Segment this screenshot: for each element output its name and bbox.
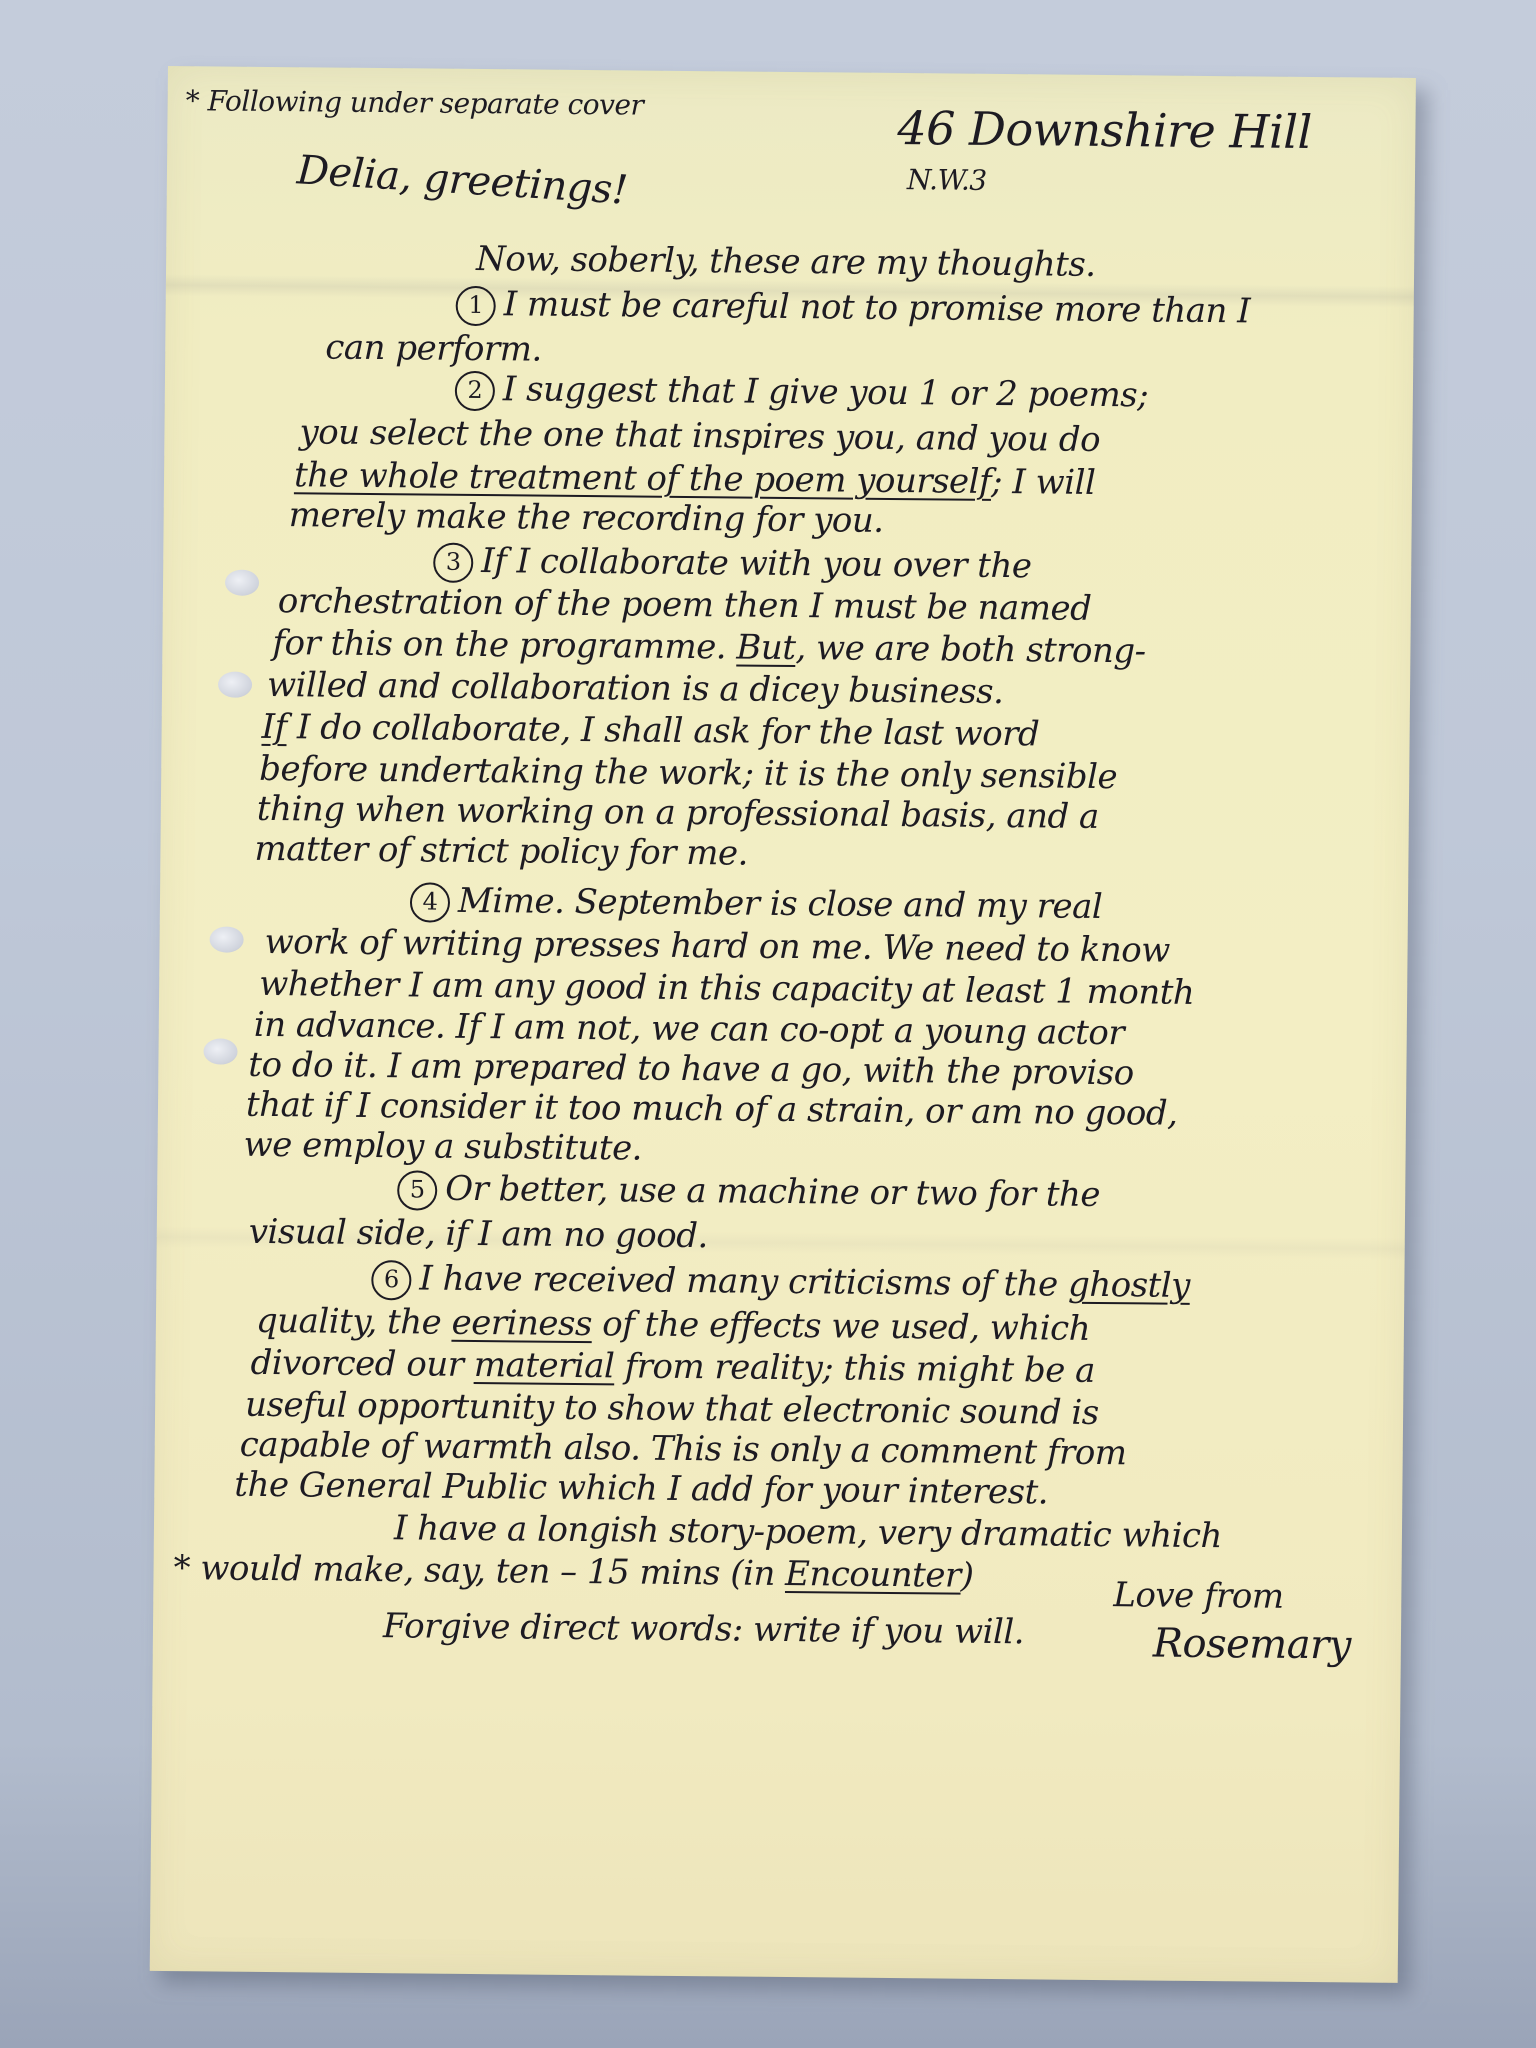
point-3-line-2: orchestration of the poem then I must be… <box>278 581 1092 629</box>
signature: Rosemary <box>1153 1621 1351 1669</box>
punch-hole <box>225 570 259 596</box>
underlined-word: But <box>736 627 795 668</box>
point-2-line-1: 2I suggest that I give you 1 or 2 poems; <box>455 369 1149 418</box>
final-line: Forgive direct words: write if you will. <box>383 1606 1024 1652</box>
asterisk-icon: * <box>186 84 200 117</box>
point-3-line-3: for this on the programme. But, we are b… <box>272 623 1146 671</box>
underlined-word: If <box>261 707 286 747</box>
asterisk-icon: * <box>173 1548 190 1588</box>
point-3-line-8: matter of strict policy for me. <box>254 829 748 874</box>
point-5-line-2: visual side, if I am no good. <box>249 1212 708 1256</box>
letter-page: * Following under separate cover 46 Down… <box>150 66 1416 1983</box>
punch-hole <box>218 672 252 698</box>
point-6-line-1: 6I have received many criticisms of the … <box>371 1258 1190 1308</box>
point-2-line-4: merely make the recording for you. <box>289 495 884 541</box>
underlined-word: material <box>474 1345 615 1386</box>
circled-number-5: 5 <box>397 1170 437 1210</box>
intro-line: Now, soberly, these are my thoughts. <box>476 239 1096 285</box>
address-line-2: N.W.3 <box>907 163 987 197</box>
circled-number-6: 6 <box>371 1260 411 1300</box>
circled-number-4: 4 <box>410 882 450 922</box>
address-line-1: 46 Downshire Hill <box>897 101 1312 159</box>
circled-number-3: 3 <box>433 543 473 583</box>
point-1-line-2: can perform. <box>325 328 542 370</box>
underlined-word: eeriness <box>451 1303 592 1344</box>
point-4-line-2: work of writing presses hard on me. We n… <box>264 922 1170 971</box>
underlined-phrase: the whole treatment of the poem yourself <box>294 455 991 502</box>
punch-hole <box>209 926 243 952</box>
point-2-line-2: you select the one that inspires you, an… <box>299 412 1100 460</box>
point-3-line-1: 3If I collaborate with you over the <box>433 541 1032 589</box>
point-6-line-2: quality, the eeriness of the effects we … <box>256 1301 1091 1349</box>
point-6-line-3: divorced our material from reality; this… <box>250 1343 1095 1391</box>
valediction: Love from <box>1113 1575 1284 1617</box>
point-6-line-6: the General Public which I add for your … <box>234 1465 1048 1513</box>
circled-number-2: 2 <box>455 371 495 411</box>
point-4-line-7: we employ a substitute. <box>243 1125 642 1169</box>
punch-hole <box>203 1038 237 1064</box>
point-1-line-1: 1I must be careful not to promise more t… <box>456 284 1251 334</box>
circled-number-1: 1 <box>456 286 496 326</box>
closing-line-2: * would make, say, ten – 15 mins (in Enc… <box>173 1548 973 1596</box>
point-5-line-1: 5Or better, use a machine or two for the <box>397 1168 1100 1217</box>
point-3-line-4: willed and collaboration is a dicey busi… <box>267 665 1004 712</box>
salutation: Delia, greetings! <box>296 147 629 213</box>
point-4-line-1: 4Mime. September is close and my real <box>410 880 1103 929</box>
underlined-word: Encounter <box>785 1554 961 1596</box>
closing-line-1: I have a longish story-poem, very dramat… <box>394 1508 1222 1556</box>
underlined-word: ghostly <box>1068 1265 1190 1306</box>
top-note: * Following under separate cover <box>186 84 644 121</box>
point-3-line-5: If I do collaborate, I shall ask for the… <box>261 707 1039 754</box>
